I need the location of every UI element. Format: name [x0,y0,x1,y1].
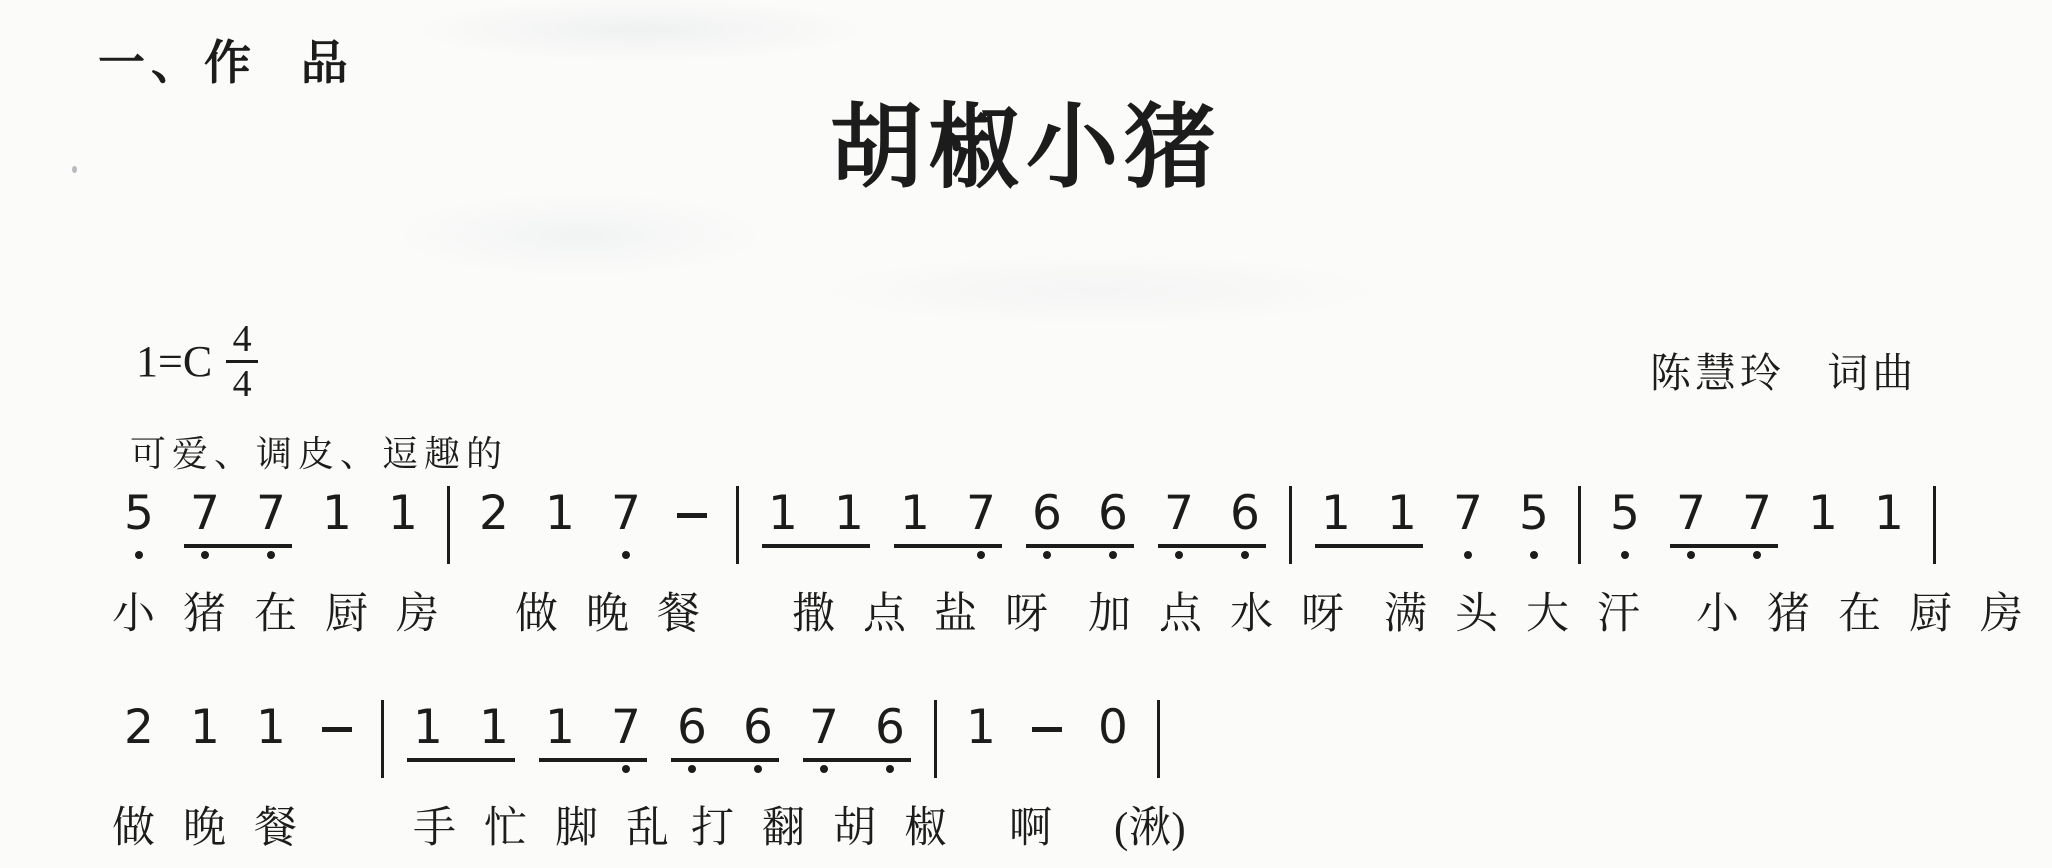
lyric-phrase: 手忙脚乱 [413,794,669,855]
note-digit: 1 [322,486,352,542]
note-digit: 1 [256,700,286,756]
note-digit: 7 [1742,486,1772,542]
barline [1933,486,1936,564]
note: 7 [593,486,659,559]
note-digit: 7 [256,486,286,542]
measure: 57711 [106,486,436,559]
low-octave-dot [1687,551,1695,559]
note: 6 [1212,486,1278,559]
note: 6 [725,700,791,773]
note-digit: 1 [1808,486,1838,542]
beamed-note-group: 11 [750,486,882,559]
note-group: 1 [948,700,1014,773]
lyric-syllable: 呀 [1005,580,1048,641]
low-octave-dot [135,551,143,559]
low-octave-dot [886,765,894,773]
eighth-beam-underline [407,758,515,762]
lyric-syllable: 满 [1384,580,1427,641]
low-octave-dot [622,765,630,773]
eighth-beam-underline [894,544,1002,548]
barline [1578,486,1581,564]
lyric-syllable: 打 [691,794,734,855]
lyric-syllable: 盐 [934,580,977,641]
note: 6 [1080,486,1146,559]
lyric-syllable: 晚 [183,794,226,855]
score-line-2: 2111117667610 做晚餐手忙脚乱打翻胡椒啊(湫) [106,700,1186,855]
note: 0 [1080,700,1146,773]
lyric-syllable: 在 [1838,580,1881,641]
notes-row: 2111117667610 [106,700,1186,778]
low-octave-dot [754,765,762,773]
lyric-syllable: 椒 [904,794,947,855]
note-digit: 6 [1098,486,1128,542]
note: 1 [172,700,238,773]
note-digit: 1 [900,486,930,542]
note-digit: 7 [1164,486,1194,542]
low-octave-dot [1241,551,1249,559]
note-group: 1 [304,486,370,559]
lyric-syllable: 水 [1230,580,1273,641]
lyric-syllable: 餐 [657,580,700,641]
lyric-syllable: 小 [1696,580,1739,641]
lyric-syllable: 呀 [1301,580,1344,641]
meter-denominator: 4 [233,363,252,405]
lyric-syllable: 头 [1455,580,1498,641]
lyric-phrase: 做晚餐 [515,580,700,641]
lyric-syllable: 厨 [325,580,368,641]
beamed-note-group: 77 [1658,486,1790,559]
note-group: 5 [106,486,172,559]
beamed-note-group: 11 [395,700,527,773]
note-group: 7 [593,486,659,559]
eighth-beam-underline [803,758,911,762]
barline [736,486,739,564]
note: 1 [238,700,304,773]
note: 1 [1303,486,1369,559]
note-digit: 5 [1610,486,1640,542]
low-octave-dot [688,765,696,773]
note-digit: 1 [1387,486,1417,542]
note [1014,700,1080,773]
key-tonic: 1=C [136,336,212,387]
note-digit: 7 [966,486,996,542]
lyric-syllable: 房 [1980,580,2023,641]
low-octave-dot [1109,551,1117,559]
lyric-syllable: 忙 [484,794,527,855]
note-group: 1 [1856,486,1922,559]
low-octave-dot [820,765,828,773]
note-digit: 7 [190,486,220,542]
note-digit: 5 [124,486,154,542]
note-group [659,486,725,559]
measure: 10 [948,700,1146,773]
measure: 217 [461,486,725,559]
lyric-syllable: 乱 [626,794,669,855]
eighth-beam-underline [184,544,292,548]
lyric-phrase: (湫) [1114,794,1186,855]
score-line-1: 5771121711176676117557711 小猪在厨房做晚餐撒点盐呀加点… [106,486,2023,641]
note: 7 [791,700,857,773]
song-title: 胡椒小猪 [830,74,1222,206]
note: 1 [882,486,948,559]
eighth-beam-underline [1315,544,1423,548]
lyric-syllable: (湫) [1114,794,1186,855]
note: 1 [527,486,593,559]
low-octave-dot [267,551,275,559]
lyric-phrase: 加点水呀 [1088,580,1344,641]
lyric-phrase: 做晚餐 [112,794,297,855]
lyric-syllable: 房 [396,580,439,641]
measure: 11176676 [750,486,1278,559]
lyrics-row: 做晚餐手忙脚乱打翻胡椒啊(湫) [112,794,1186,855]
barline [1157,700,1160,778]
note: 5 [106,486,172,559]
lyric-phrase: 小猪在厨房 [112,580,439,641]
note-group: 2 [106,700,172,773]
note-group: 1 [1790,486,1856,559]
lyric-syllable: 啊 [1009,794,1052,855]
lyric-phrase: 啊 [1009,794,1052,855]
measure: 211 [106,700,370,773]
eighth-beam-underline [1670,544,1778,548]
beamed-note-group: 76 [1146,486,1278,559]
beamed-note-group: 11 [1303,486,1435,559]
low-octave-dot [201,551,209,559]
lyric-syllable: 小 [112,580,155,641]
note: 6 [659,700,725,773]
low-octave-dot [1530,551,1538,559]
note: 2 [106,700,172,773]
eighth-beam-underline [671,758,779,762]
beamed-note-group: 76 [791,700,923,773]
dash-hold [322,727,352,732]
beamed-note-group: 66 [1014,486,1146,559]
note [304,700,370,773]
note: 1 [370,486,436,559]
note: 7 [172,486,238,559]
lyric-syllable: 做 [112,794,155,855]
note-digit: 1 [834,486,864,542]
notes-row: 5771121711176676117557711 [106,486,2023,564]
note-digit: 2 [479,486,509,542]
dash-hold [1032,727,1062,732]
note: 7 [1435,486,1501,559]
lyric-syllable: 大 [1526,580,1569,641]
mood-marking: 可爱、调皮、逗趣的 [130,426,508,477]
note: 6 [857,700,923,773]
note-digit: 1 [413,700,443,756]
note: 1 [1369,486,1435,559]
note-digit: 7 [1676,486,1706,542]
note-digit: 6 [1230,486,1260,542]
note-group: 1 [370,486,436,559]
note-digit: 7 [611,700,641,756]
note: 1 [304,486,370,559]
lyric-syllable: 胡 [833,794,876,855]
lyric-syllable: 猪 [183,580,226,641]
note: 5 [1501,486,1567,559]
lyric-syllable: 餐 [254,794,297,855]
lyric-syllable: 猪 [1767,580,1810,641]
note [659,486,725,559]
note-digit: 6 [677,700,707,756]
beamed-note-group: 77 [172,486,304,559]
lyric-syllable: 脚 [555,794,598,855]
note-digit: 5 [1519,486,1549,542]
lyric-phrase: 小猪在厨房 [1696,580,2023,641]
lyric-syllable: 汗 [1597,580,1640,641]
eighth-beam-underline [762,544,870,548]
lyric-syllable: 做 [515,580,558,641]
lyric-syllable: 厨 [1909,580,1952,641]
note-digit: 6 [1032,486,1062,542]
beamed-note-group: 17 [882,486,1014,559]
note-digit: 1 [479,700,509,756]
note-digit: 6 [875,700,905,756]
lyric-syllable: 手 [413,794,456,855]
note: 7 [593,700,659,773]
note-group: 1 [238,700,304,773]
lyric-syllable: 点 [1159,580,1202,641]
note-digit: 1 [190,700,220,756]
note-group [304,700,370,773]
lyrics-row: 小猪在厨房做晚餐撒点盐呀加点水呀满头大汗小猪在厨房 [112,580,2023,641]
note: 1 [1856,486,1922,559]
low-octave-dot [1464,551,1472,559]
note-group [1014,700,1080,773]
note: 6 [1014,486,1080,559]
note: 7 [1724,486,1790,559]
note-group: 5 [1592,486,1658,559]
eighth-beam-underline [539,758,647,762]
lyric-syllable: 在 [254,580,297,641]
dash-hold [677,513,707,518]
note: 1 [750,486,816,559]
note: 7 [238,486,304,559]
low-octave-dot [977,551,985,559]
beamed-note-group: 17 [527,700,659,773]
low-octave-dot [1621,551,1629,559]
lyric-syllable: 翻 [762,794,805,855]
eighth-beam-underline [1158,544,1266,548]
measure: 57711 [1592,486,1922,559]
note: 2 [461,486,527,559]
low-octave-dot [622,551,630,559]
note: 7 [1146,486,1212,559]
composer-credit: 陈慧玲 词曲 [1650,340,1917,399]
scan-speck [72,166,77,173]
lyric-phrase: 打翻胡椒 [691,794,947,855]
barline [381,700,384,778]
note-group: 7 [1435,486,1501,559]
note: 1 [948,700,1014,773]
barline [934,700,937,778]
lyric-syllable: 加 [1088,580,1131,641]
note-group: 5 [1501,486,1567,559]
note-digit: 1 [966,700,996,756]
lyric-syllable: 撒 [792,580,835,641]
low-octave-dot [1753,551,1761,559]
key-signature: 1=C 4 4 [136,318,258,405]
low-octave-dot [1043,551,1051,559]
note-group: 1 [172,700,238,773]
note: 7 [948,486,1014,559]
barline [447,486,450,564]
note: 1 [816,486,882,559]
meter-numerator: 4 [233,318,252,360]
note-digit: 1 [768,486,798,542]
measure: 11176676 [395,700,923,773]
section-heading: 一、作 品 [98,26,354,93]
note-group: 0 [1080,700,1146,773]
lyric-syllable: 晚 [586,580,629,641]
note: 1 [461,700,527,773]
note-digit: 1 [1874,486,1904,542]
note-digit: 1 [1321,486,1351,542]
note-digit: 1 [545,486,575,542]
lyric-phrase: 满头大汗 [1384,580,1640,641]
note: 1 [395,700,461,773]
note: 5 [1592,486,1658,559]
time-signature: 4 4 [226,318,258,405]
barline [1289,486,1292,564]
note: 1 [1790,486,1856,559]
scanned-score-page: 一、作 品 胡椒小猪 1=C 4 4 陈慧玲 词曲 可爱、调皮、逗趣的 5771… [0,0,2052,868]
note-digit: 1 [388,486,418,542]
lyric-phrase: 撒点盐呀 [792,580,1048,641]
note-digit: 1 [545,700,575,756]
note-digit: 7 [809,700,839,756]
lyric-syllable: 点 [863,580,906,641]
note-digit: 7 [611,486,641,542]
measure: 1175 [1303,486,1567,559]
eighth-beam-underline [1026,544,1134,548]
rest-digit: 0 [1098,700,1128,756]
note: 7 [1658,486,1724,559]
note: 1 [527,700,593,773]
low-octave-dot [1175,551,1183,559]
note-digit: 7 [1453,486,1483,542]
note-digit: 6 [743,700,773,756]
note-group: 2 [461,486,527,559]
note-group: 1 [527,486,593,559]
beamed-note-group: 66 [659,700,791,773]
note-digit: 2 [124,700,154,756]
